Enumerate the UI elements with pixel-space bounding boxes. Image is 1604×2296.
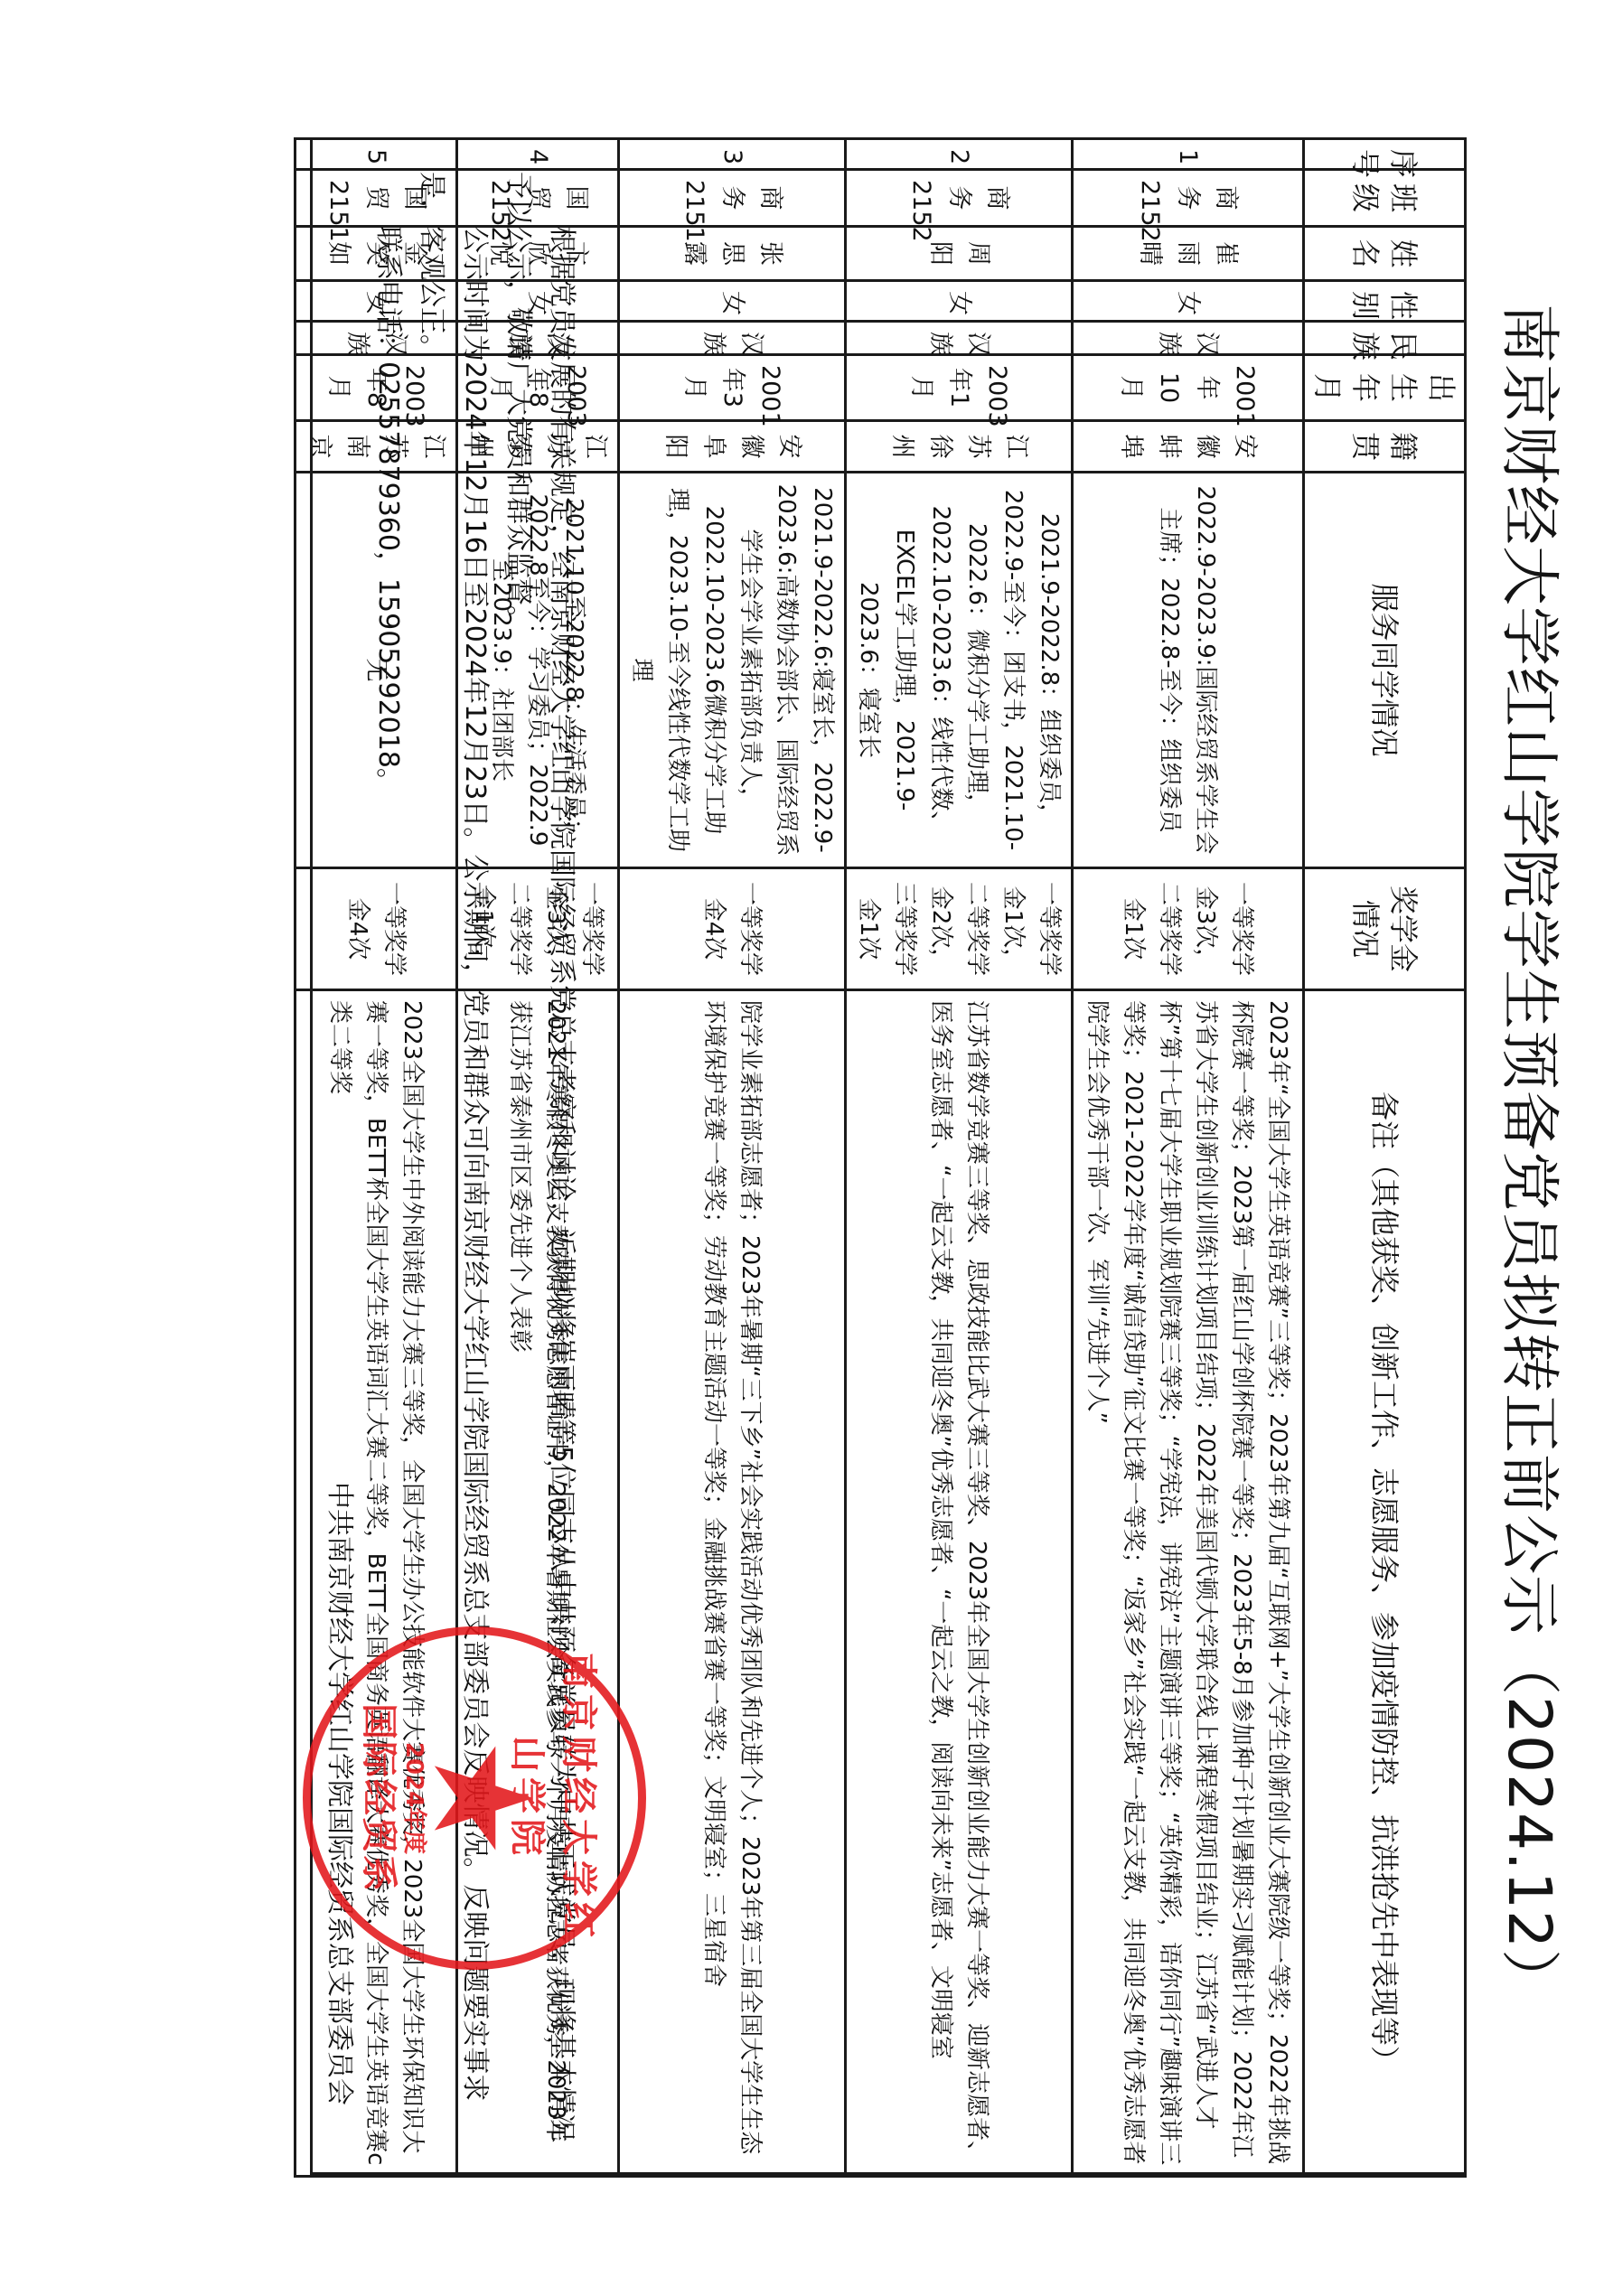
- star-icon: ★: [414, 1738, 549, 1859]
- page-title: 南京财经大学红山学院学生预备党员拟转正前公示（2024.12）: [1488, 136, 1570, 2178]
- seal-bottom-text: 国际经贸系: [356, 1635, 408, 1962]
- document-page: 南京财经大学红山学院学生预备党员拟转正前公示（2024.12） 序号 班级 姓名…: [0, 0, 1604, 2296]
- official-seal: 南京财经大学红山学院 ★ 2024年度 国际经贸系: [303, 1626, 646, 1970]
